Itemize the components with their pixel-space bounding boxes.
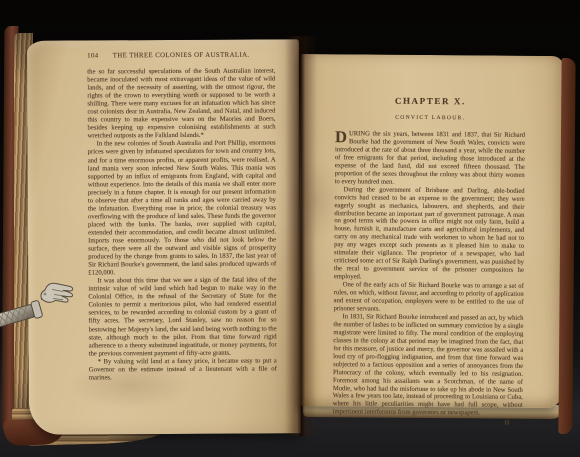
right-cover-edge — [558, 58, 575, 434]
left-page-text-block: 104 THE THREE COLONIES OF AUSTRALIA. the… — [87, 52, 277, 383]
book-photograph: 104 THE THREE COLONIES OF AUSTRALIA. the… — [0, 0, 580, 457]
signature-mark: H — [333, 418, 523, 427]
opening-paragraph-text: URING the six years, between 1831 and 18… — [335, 130, 525, 185]
left-page-body: the so far successful speculations of th… — [87, 68, 277, 383]
chapter-heading: CHAPTER X. — [335, 95, 525, 107]
running-header: THE THREE COLONIES OF AUSTRALIA. — [87, 52, 275, 60]
right-page-body: DURING the six years, between 1831 and 1… — [333, 130, 526, 427]
footnote: * By valuing wild land at a fancy price,… — [89, 357, 277, 382]
hand-page-holder-icon — [0, 264, 74, 340]
paragraph: the so far successful speculations of th… — [87, 68, 275, 141]
paragraph: It was about this time that we see a sig… — [88, 277, 276, 358]
opening-paragraph: DURING the six years, between 1831 and 1… — [335, 130, 525, 187]
drop-cap: D — [335, 130, 349, 145]
chapter-subtitle: CONVICT LABOUR. — [335, 114, 525, 122]
paragraph: In 1831, Sir Richard Bourke introduced a… — [333, 313, 524, 418]
page-number: 104 — [87, 52, 98, 59]
right-page-text-block: CHAPTER X. CONVICT LABOUR. DURING the si… — [333, 95, 526, 427]
paragraph: One of the early acts of Sir Richard Bou… — [334, 281, 524, 314]
paragraph: In the new colonies of South Australia a… — [88, 140, 277, 278]
left-page-header: 104 THE THREE COLONIES OF AUSTRALIA. — [87, 52, 275, 62]
paragraph: During the government of Brisbane and Da… — [334, 186, 525, 283]
